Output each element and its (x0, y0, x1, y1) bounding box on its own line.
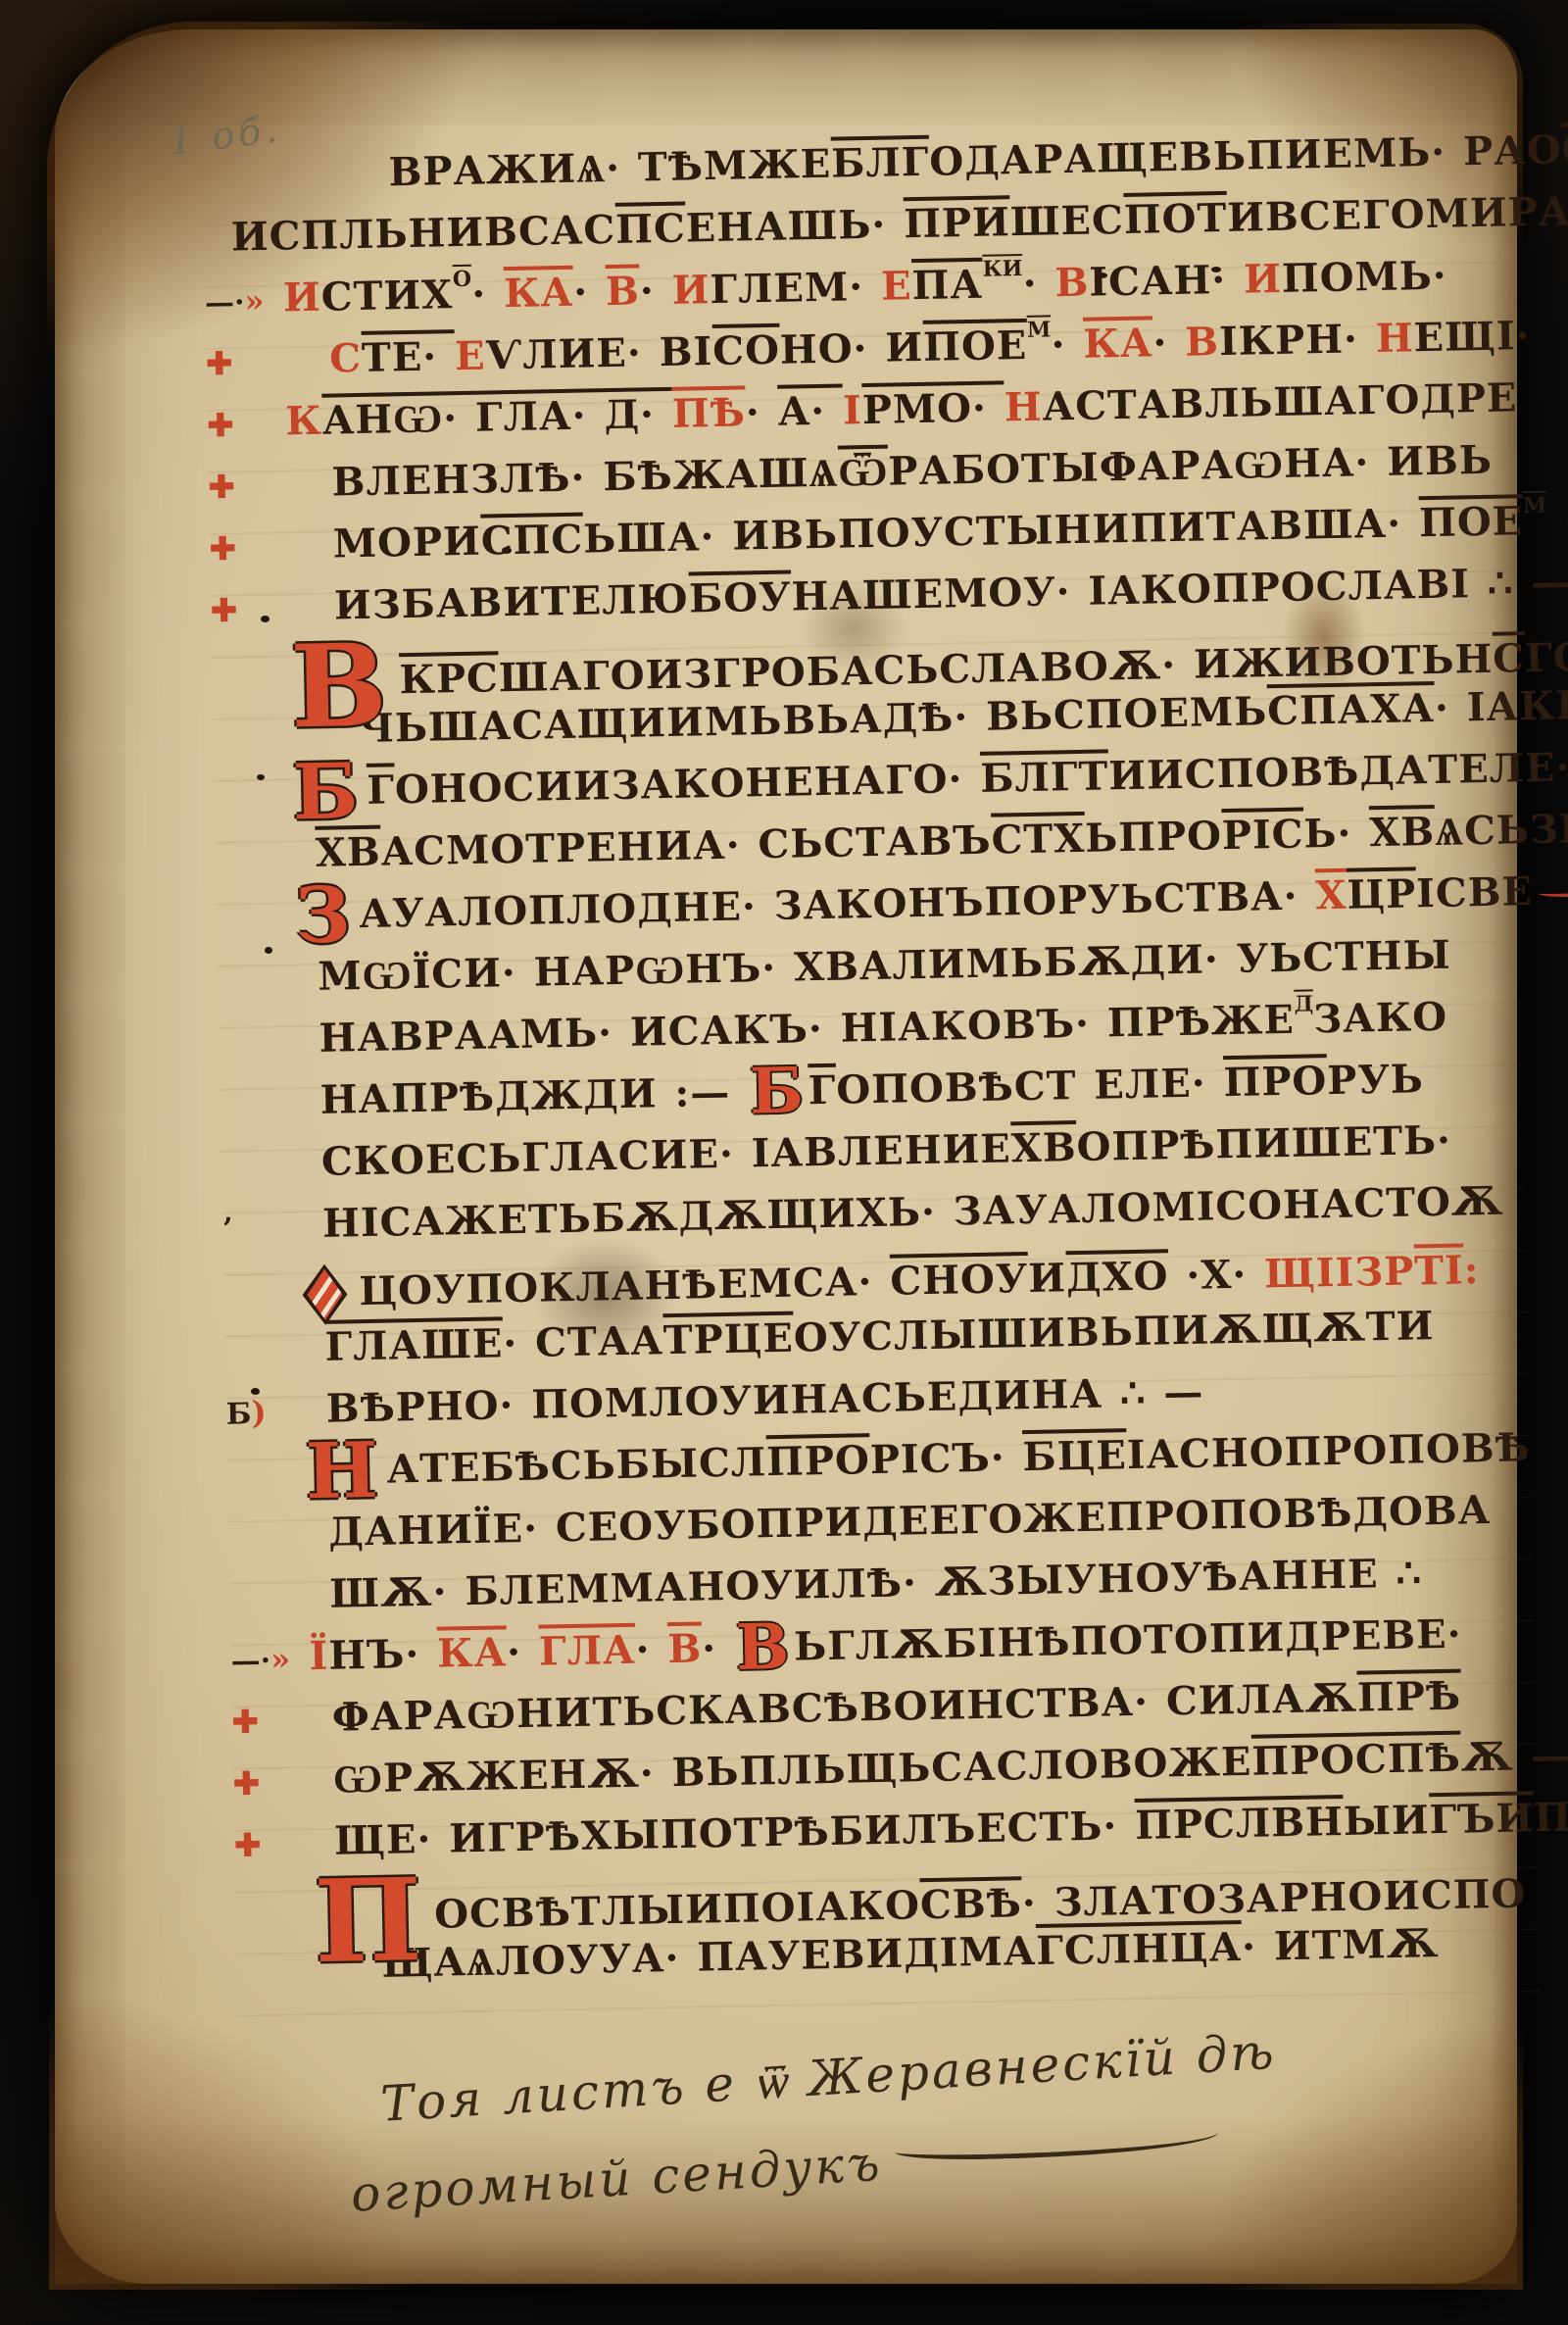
margin-space (225, 1360, 304, 1362)
margin-cross-icon: ✚ (231, 1690, 311, 1755)
margin-bmark-icon: Б) (225, 1381, 305, 1446)
margin-space (216, 866, 294, 868)
pen-flourish (895, 2123, 1219, 2161)
red-swash (1539, 878, 1568, 899)
margin-arrow-icon: —·» (230, 1628, 310, 1693)
margin-space (220, 1113, 299, 1115)
illuminated-initial: Н (306, 1453, 379, 1491)
cursive-note: Тоя листъ е ѿ Жеравнескїй дѣ огромный се… (378, 2007, 1284, 2237)
margin-arrow-icon: —·» (204, 270, 283, 334)
margin-space (228, 1546, 307, 1548)
margin-cross-icon: ✚ (233, 1752, 313, 1816)
margin-space (224, 1306, 303, 1308)
margin-space (221, 1175, 300, 1177)
margin-cross-icon: ✚ (211, 578, 290, 643)
margin-space (237, 1978, 316, 1980)
illuminated-initial: З (295, 897, 352, 935)
margin-space (215, 805, 293, 807)
margin-comma-icon: ’ (222, 1197, 302, 1261)
margin-space (227, 1484, 306, 1486)
margin-space (220, 1052, 298, 1054)
text-block: ВРАЖИѦ· ТѢМЖЕБЛГОДАРАЩЕВЬПИЕМЬ· РАОСИДИС… (202, 120, 1568, 1998)
margin-space (213, 695, 291, 697)
margin-space (219, 990, 297, 992)
margin-space (236, 1930, 315, 1932)
margin-cross-icon: ✚ (207, 393, 286, 458)
illuminated-initial: Б (292, 773, 359, 812)
illuminated-initial: В (290, 667, 388, 706)
margin-space (230, 1608, 309, 1609)
margin-cross-icon: ✚ (234, 1813, 314, 1878)
margin-space (217, 928, 295, 930)
margin-cross-icon: ✚ (209, 517, 288, 581)
illuminated-initial: П (314, 1902, 422, 1941)
margin-cross-icon: ✚ (206, 331, 285, 396)
margin-space (214, 743, 292, 745)
margin-cross-icon: ✚ (208, 455, 287, 519)
parchment-page: 1 об. ВРАЖИѦ· ТѢМЖЕБЛГОДАРАЩЕВЬПИЕМЬ· РА… (55, 29, 1517, 2284)
margin-space (203, 187, 281, 189)
